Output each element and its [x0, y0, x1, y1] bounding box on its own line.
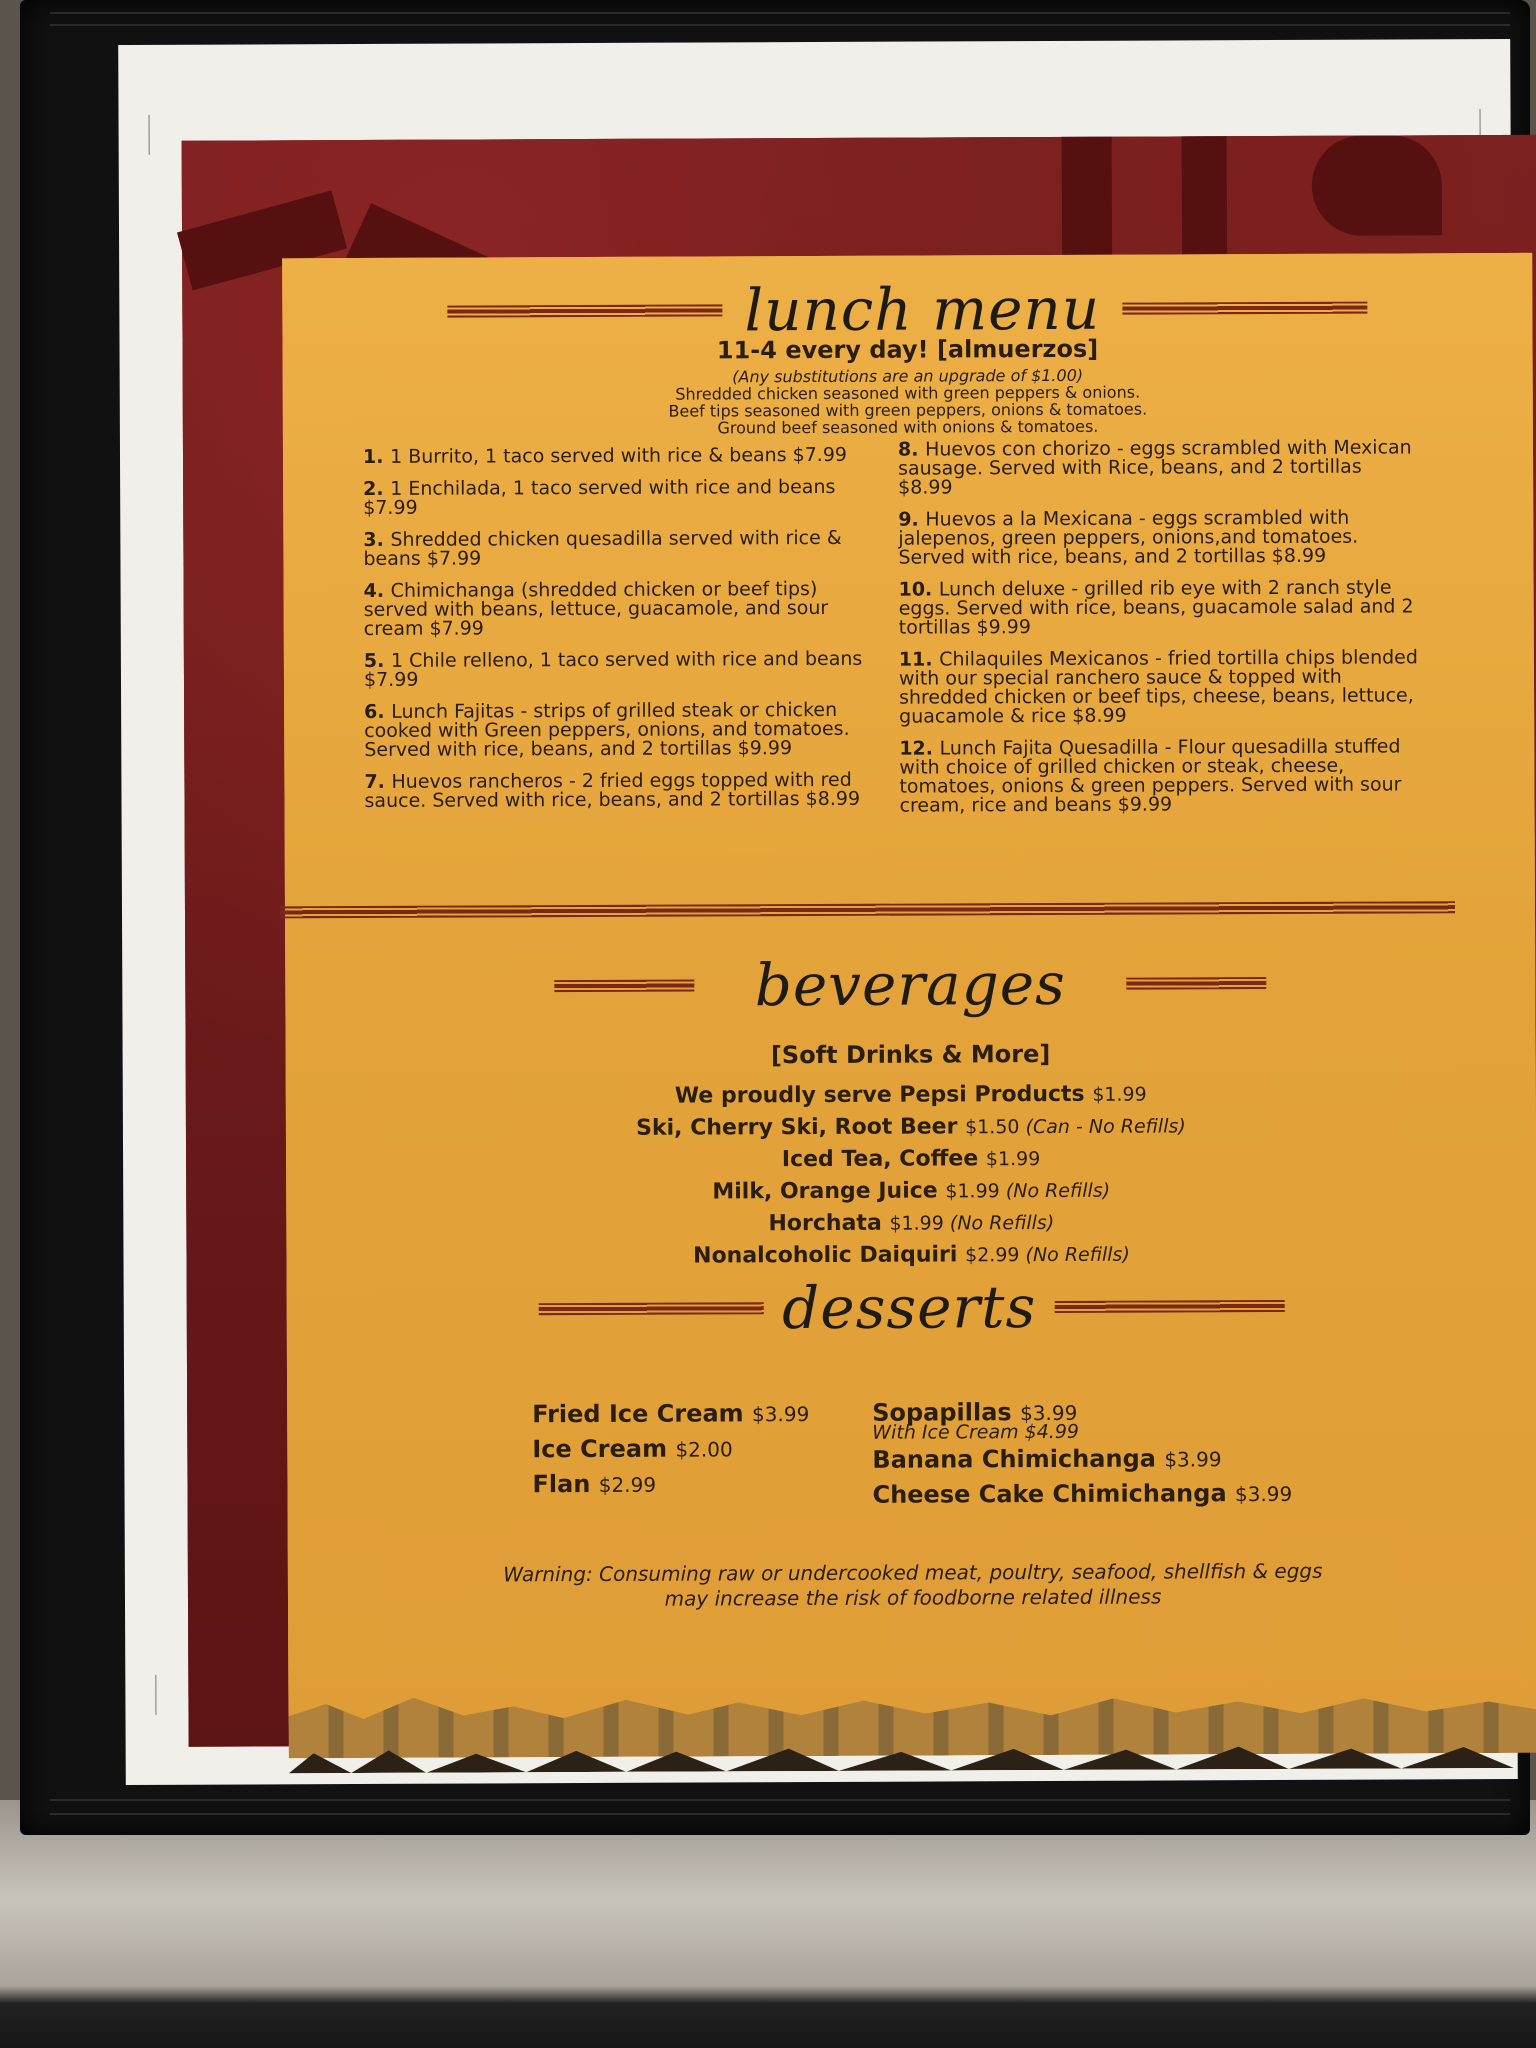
divider — [539, 1302, 764, 1315]
beverage-price: $1.99 — [986, 1148, 1041, 1170]
beverage-name: We proudly serve Pepsi Products — [675, 1082, 1093, 1109]
crop-mark — [149, 115, 150, 155]
beverage-price: $1.99 — [945, 1180, 1000, 1202]
dessert-price: $3.99 — [752, 1402, 809, 1426]
menu-sheet: lunch menu 11-4 every day! [almuerzos] (… — [118, 39, 1518, 1785]
desserts-title: desserts — [782, 1278, 1036, 1337]
item-description: Huevos con chorizo - eggs scrambled with… — [898, 436, 1412, 498]
beverage-qualifier: (No Refills) — [1000, 1180, 1110, 1202]
divider — [448, 304, 723, 317]
item-description: Huevos rancheros - 2 fried eggs topped w… — [364, 769, 860, 812]
beverages-list: We proudly serve Pepsi Products $1.99Ski… — [286, 1077, 1536, 1274]
item-description: Lunch Fajita Quesadilla - Flour quesadil… — [899, 735, 1401, 816]
beverage-price: $1.50 — [965, 1116, 1020, 1138]
menu-item: 8. Huevos con chorizo - eggs scrambled w… — [898, 438, 1418, 497]
crop-mark — [155, 1675, 156, 1715]
binder-stitch — [50, 12, 1510, 14]
decorative-shape — [1312, 135, 1442, 236]
lunch-hours: 11-4 every day! [almuerzos] — [282, 333, 1532, 366]
desserts-right: Sopapillas $3.99With Ice Cream $4.99Bana… — [872, 1394, 1292, 1513]
item-description: 1 Enchilada, 1 taco served with rice and… — [363, 476, 835, 519]
menu-item: 3. Shredded chicken quesadilla served wi… — [363, 529, 868, 569]
beverage-qualifier: (Can - No Refills) — [1019, 1115, 1185, 1138]
lunch-notes: (Any substitutions are an upgrade of $1.… — [283, 365, 1533, 438]
menu-item: 12. Lunch Fajita Quesadilla - Flour ques… — [899, 737, 1419, 815]
dessert-name: Fried Ice Cream — [532, 1399, 752, 1428]
menu-item: 6. Lunch Fajitas - strips of grilled ste… — [364, 701, 869, 760]
item-description: Chilaquiles Mexicanos - fried tortilla c… — [899, 646, 1418, 727]
beverages-heading: beverages — [285, 953, 1535, 1016]
beverage-name: Nonalcoholic Daiquiri — [693, 1242, 965, 1268]
decorative-shape — [1062, 137, 1113, 257]
lunch-heading: lunch menu — [282, 278, 1532, 341]
item-description: Chimichanga (shredded chicken or beef ti… — [364, 578, 829, 640]
menu-item: 2. 1 Enchilada, 1 taco served with rice … — [363, 478, 868, 518]
warning-line: may increase the risk of foodborne relat… — [288, 1583, 1536, 1613]
beverage-name: Ski, Cherry Ski, Root Beer — [636, 1114, 965, 1140]
dessert-item: Banana Chimichanga $3.99 — [872, 1441, 1292, 1478]
dessert-name: Ice Cream — [532, 1435, 675, 1464]
beverage-price: $1.99 — [1092, 1084, 1147, 1106]
section-divider — [280, 901, 1455, 918]
menu-item: 4. Chimichanga (shredded chicken or beef… — [364, 580, 869, 639]
item-description: 1 Chile relleno, 1 taco served with rice… — [364, 648, 862, 691]
item-description: Lunch deluxe - grilled rib eye with 2 ra… — [899, 576, 1414, 638]
red-border-panel: lunch menu 11-4 every day! [almuerzos] (… — [182, 135, 1536, 1747]
beverage-name: Milk, Orange Juice — [712, 1178, 945, 1204]
food-safety-warning: Warning: Consuming raw or undercooked me… — [288, 1558, 1536, 1613]
menu-item: 7. Huevos rancheros - 2 fried eggs toppe… — [364, 771, 869, 811]
menu-item: 1. 1 Burrito, 1 taco served with rice & … — [363, 446, 868, 467]
dessert-price: $3.99 — [1235, 1482, 1292, 1506]
binder-stitch — [50, 24, 1510, 26]
dessert-item: Sopapillas $3.99With Ice Cream $4.99 — [872, 1394, 1292, 1443]
menu-item: 10. Lunch deluxe - grilled rib eye with … — [899, 578, 1419, 637]
item-description: Lunch Fajitas - strips of grilled steak … — [364, 699, 849, 761]
beverage-qualifier: (No Refills) — [944, 1212, 1054, 1234]
dessert-name: Flan — [532, 1470, 598, 1498]
dessert-option: With Ice Cream $4.99 — [872, 1421, 1292, 1443]
lunch-items-left: 1. 1 Burrito, 1 taco served with rice & … — [363, 446, 870, 824]
beverages-title: beverages — [755, 955, 1066, 1014]
lunch-items-right: 8. Huevos con chorizo - eggs scrambled w… — [898, 438, 1420, 828]
beverage-price: $1.99 — [889, 1212, 944, 1234]
item-description: Huevos a la Mexicana - eggs scrambled wi… — [898, 507, 1358, 569]
dessert-item: Cheese Cake Chimichanga $3.99 — [872, 1476, 1292, 1513]
beverage-name: Horchata — [768, 1211, 889, 1237]
dessert-price: $3.99 — [1164, 1447, 1221, 1471]
beverage-price: $2.99 — [965, 1244, 1020, 1266]
divider — [1122, 302, 1367, 315]
menu-item: 9. Huevos a la Mexicana - eggs scrambled… — [898, 508, 1418, 567]
dessert-price: $2.99 — [599, 1473, 656, 1497]
menu-item: 5. 1 Chile relleno, 1 taco served with r… — [364, 650, 869, 690]
dessert-price: $2.00 — [675, 1437, 732, 1461]
item-description: Shredded chicken quesadilla served with … — [363, 527, 841, 570]
dessert-item: Flan $2.99 — [532, 1466, 809, 1502]
item-description: 1 Burrito, 1 taco served with rice & bea… — [390, 444, 847, 468]
divider — [1054, 1300, 1284, 1313]
dessert-item: Ice Cream $2.00 — [532, 1431, 809, 1467]
lunch-title: lunch menu — [744, 280, 1100, 340]
dessert-item: Fried Ice Cream $3.99 — [532, 1396, 809, 1432]
divider — [1126, 977, 1266, 990]
menu-content: lunch menu 11-4 every day! [almuerzos] (… — [282, 253, 1536, 1723]
binder-stitch — [50, 1813, 1510, 1815]
desserts-left: Fried Ice Cream $3.99Ice Cream $2.00Flan… — [532, 1396, 810, 1502]
divider — [555, 980, 695, 993]
dessert-name: Cheese Cake Chimichanga — [872, 1479, 1235, 1509]
beverages-subtitle: [Soft Drinks & More] — [286, 1038, 1536, 1071]
binder-stitch — [50, 1799, 1510, 1801]
dessert-name: Banana Chimichanga — [872, 1444, 1164, 1473]
decorative-shape — [1182, 136, 1228, 256]
torn-edge — [288, 1693, 1536, 1758]
table-surface — [0, 1800, 1536, 2048]
beverage-qualifier: (No Refills) — [1019, 1244, 1129, 1266]
beverage-name: Iced Tea, Coffee — [782, 1146, 986, 1172]
desserts-heading: desserts — [287, 1276, 1536, 1339]
item-number: 1. — [363, 446, 390, 468]
menu-item: 11. Chilaquiles Mexicanos - fried tortil… — [899, 648, 1419, 726]
beverage-item: Nonalcoholic Daiquiri $2.99 (No Refills) — [286, 1237, 1536, 1274]
